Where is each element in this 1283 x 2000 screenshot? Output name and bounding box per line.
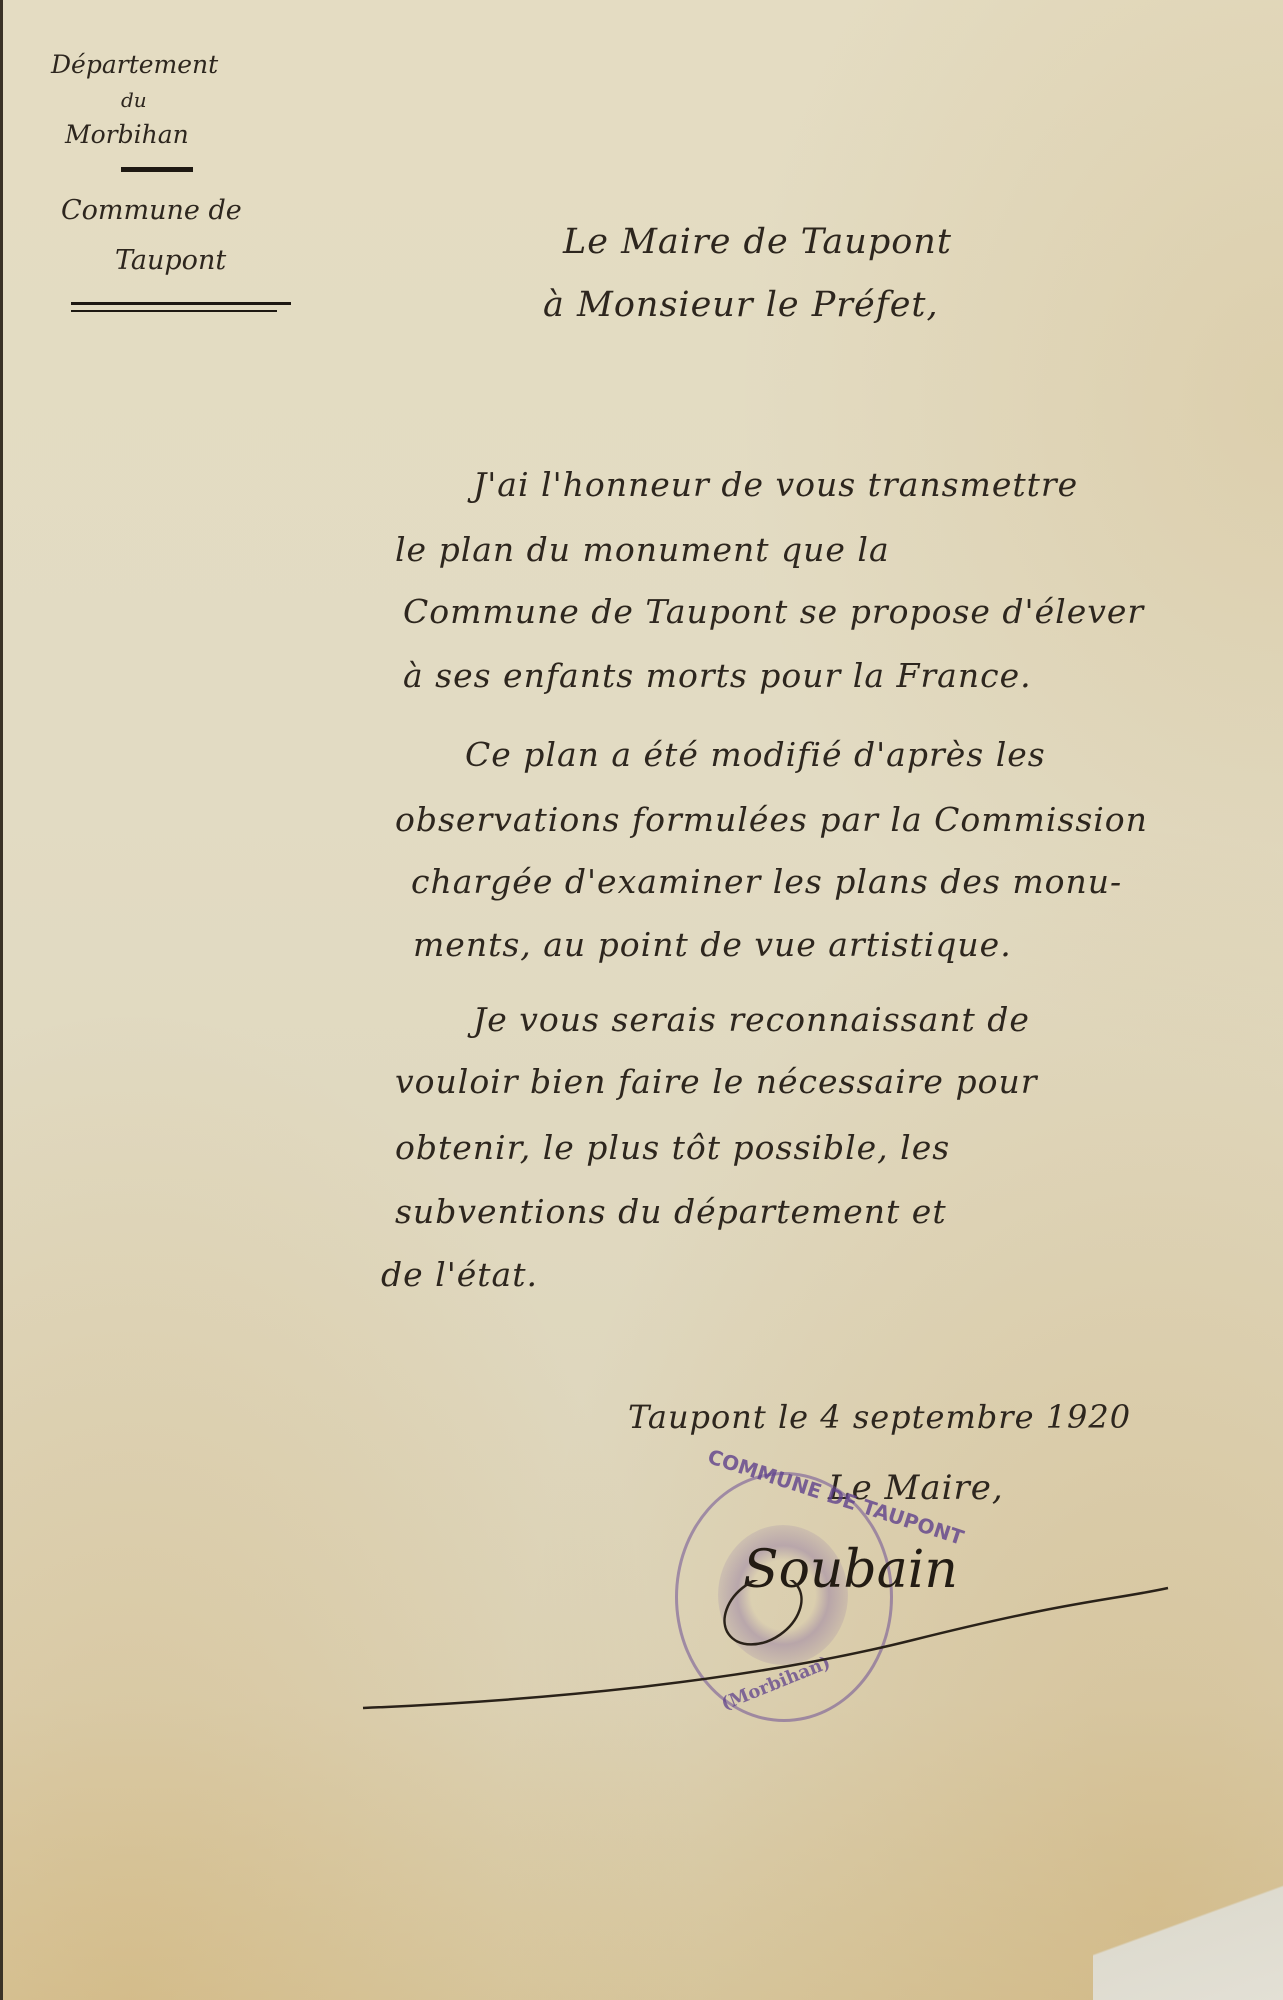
letter-page: Département du Morbihan Commune de Taupo… xyxy=(0,0,1283,2000)
body-line-11: obtenir, le plus tôt possible, les xyxy=(395,1128,950,1167)
body-line-5: Ce plan a été modifié d'après les xyxy=(465,735,1046,774)
header-divider-short xyxy=(121,167,193,172)
header-morbihan: Morbihan xyxy=(65,120,189,149)
body-line-1: J'ai l'honneur de vous transmettre xyxy=(473,465,1078,504)
salutation-to: à Monsieur le Préfet, xyxy=(543,285,939,325)
body-line-10: vouloir bien faire le nécessaire pour xyxy=(395,1062,1037,1101)
body-line-12: subventions du département et xyxy=(395,1192,947,1231)
header-double-rule-top xyxy=(71,302,291,305)
header-double-rule-bottom xyxy=(71,310,277,312)
body-line-3: Commune de Taupont se propose d'élever xyxy=(403,592,1144,631)
header-du: du xyxy=(121,88,147,112)
header-taupont: Taupont xyxy=(115,245,226,276)
signature-flourish-icon xyxy=(353,1580,1173,1720)
body-line-4: à ses enfants morts pour la France. xyxy=(403,656,1032,695)
header-department: Département xyxy=(51,50,218,79)
body-line-9: Je vous serais reconnaissant de xyxy=(473,1000,1030,1039)
place-date: Taupont le 4 septembre 1920 xyxy=(628,1398,1131,1436)
salutation-from: Le Maire de Taupont xyxy=(563,222,952,262)
folded-corner xyxy=(1093,1860,1283,2000)
body-line-7: chargée d'examiner les plans des monu- xyxy=(411,862,1122,901)
header-commune: Commune de xyxy=(61,195,242,226)
body-line-6: observations formulées par la Commission xyxy=(395,800,1148,839)
body-line-2: le plan du monument que la xyxy=(395,530,890,569)
body-line-13: de l'état. xyxy=(381,1255,538,1294)
body-line-8: ments, au point de vue artistique. xyxy=(413,925,1012,964)
